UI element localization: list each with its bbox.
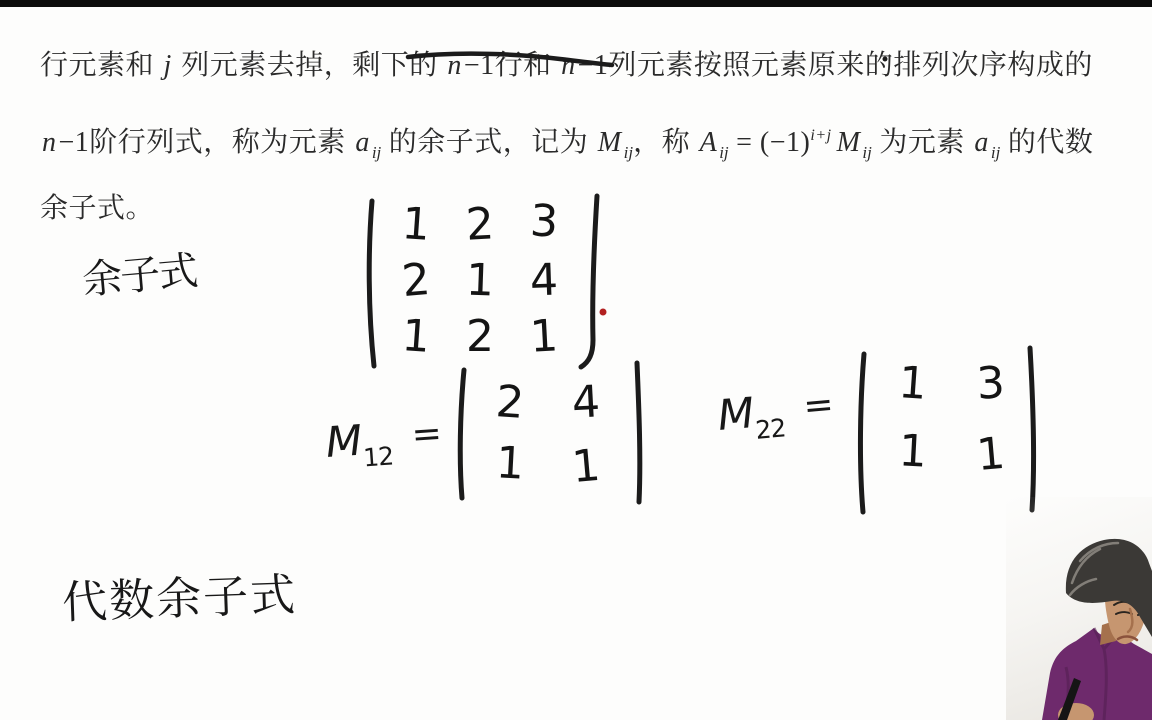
matrix-cell: 4	[546, 368, 625, 436]
matrix-cell: 2	[447, 194, 514, 253]
minor-m12-expression: M12=	[324, 410, 444, 475]
det3-bar-left	[369, 201, 374, 366]
m22-bar-left	[860, 354, 864, 512]
matrix-cell: 1	[382, 306, 450, 366]
m22-symbol: M	[716, 388, 756, 440]
text-segment: 为元素	[872, 127, 973, 158]
minor-m12-matrix: 2 4 1 1	[472, 370, 624, 498]
math-var-n: n	[559, 50, 578, 81]
matrix-cell: 4	[511, 251, 577, 309]
matrix-cell: 1	[471, 429, 550, 497]
matrix-cell: 2	[382, 249, 451, 310]
math-var-n: n	[40, 127, 59, 158]
m12-bar-left	[460, 370, 464, 498]
math-subscript-ij: ij	[372, 143, 381, 162]
matrix-cell: 1	[545, 431, 626, 501]
handwritten-minor-label: 余子式	[80, 239, 199, 306]
handwritten-cofactor-label: 代数余子式	[61, 558, 298, 631]
instructor-webcam	[1006, 497, 1152, 720]
math-superscript-i-plus-j: i+j	[810, 127, 831, 144]
definition-line-3: 余子式。	[40, 186, 154, 226]
instructor-figure	[1006, 497, 1152, 720]
matrix-cell: 3	[950, 346, 1031, 421]
math-var-A: A	[698, 127, 720, 158]
equals-sign: =	[802, 384, 836, 427]
matrix-cell: 1	[511, 306, 578, 365]
text-segment: 的余子式，记为	[381, 127, 596, 158]
matrix-cell: 1	[872, 414, 953, 489]
math-var-M: M	[835, 127, 863, 158]
m22-subscript: 22	[754, 413, 786, 444]
math-var-a: a	[972, 127, 991, 158]
math-minus-one: −1	[59, 127, 90, 158]
definition-line-2: n−1阶行列式，称为元素 aij 的余子式，记为 Mij，称 Aij = (−1…	[40, 120, 1093, 163]
minor-m22-matrix: 1 3 1 1	[874, 348, 1029, 490]
math-equation: = (−1)	[729, 127, 811, 158]
red-dot	[600, 309, 607, 316]
text-segment: 阶行列式，称为元素	[89, 127, 353, 158]
math-minus-one: −1	[464, 50, 495, 81]
math-var-M: M	[596, 127, 624, 158]
text-segment: 列元素按照元素原来的排列次序构成的	[608, 50, 1093, 81]
matrix-cell: 2	[470, 367, 550, 436]
text-segment: 行和	[495, 50, 560, 81]
determinant-3x3-matrix: 1 2 3 2 1 4 1 2 1	[384, 196, 576, 364]
text-segment: 的代数	[1000, 127, 1093, 158]
matrix-cell: 1	[949, 416, 1032, 493]
det3-bar-right	[581, 196, 597, 367]
math-var-j: j	[162, 50, 174, 81]
matrix-cell: 1	[872, 345, 954, 421]
math-subscript-ij: ij	[862, 143, 871, 162]
matrix-cell: 1	[382, 194, 450, 254]
math-subscript-ij: ij	[991, 143, 1000, 162]
math-var-n: n	[445, 50, 464, 81]
m12-symbol: M	[324, 416, 364, 467]
top-bar	[0, 0, 1152, 7]
m12-bar-right	[637, 363, 640, 502]
matrix-cell: 3	[511, 191, 578, 250]
math-var-a: a	[353, 127, 372, 158]
instructor-shirt	[1042, 628, 1152, 720]
math-subscript-ij: ij	[719, 143, 728, 162]
minor-m22-expression: M22=	[716, 381, 837, 448]
math-minus-one: −1	[578, 50, 609, 81]
definition-line-1: 行元素和 j 列元素去掉，剩下的 n−1行和 n−1列元素按照元素原来的排列次序…	[40, 43, 1093, 83]
matrix-cell: 1	[447, 251, 513, 309]
lecture-slide: 行元素和 j 列元素去掉，剩下的 n−1行和 n−1列元素按照元素原来的排列次序…	[0, 0, 1152, 720]
text-segment: ，称	[633, 127, 698, 158]
m12-subscript: 12	[362, 441, 394, 472]
text-segment: 列元素去掉，剩下的	[174, 50, 446, 81]
math-subscript-ij: ij	[624, 143, 633, 162]
matrix-cell: 2	[448, 308, 512, 364]
equals-sign: =	[410, 413, 443, 456]
text-segment: 余子式。	[40, 193, 154, 224]
text-segment: 行元素和	[40, 50, 162, 81]
